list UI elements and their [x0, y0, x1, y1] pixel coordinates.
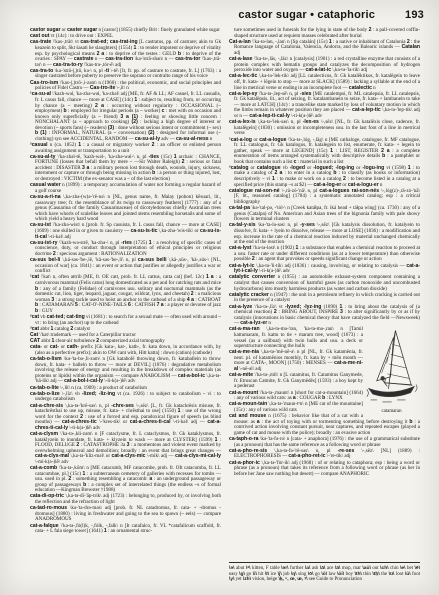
page-number: 193: [405, 9, 424, 21]
headword: ¹cat-a-log: [229, 137, 252, 143]
headword: ²casual: [30, 142, 48, 148]
dictionary-entry: ca-tab-o-lism \kə-'ta-bə-,li-zəm\ n [Gk …: [30, 357, 221, 385]
dictionary-entry: ca-su-ist \'ka-zhə-wist\ n [prob. fr. Sp…: [30, 223, 221, 240]
headword: cat-a-lex-is: [229, 119, 256, 125]
dictionary-entry: ¹cat-a-log or cat-a-logue \'ka-tə-,lȯg, …: [229, 138, 420, 166]
headword: ²catalog: [229, 165, 249, 171]
headword: cat-a-lyze: [229, 304, 252, 310]
guide-words: castor sugar • cataphoric: [238, 9, 375, 21]
running-head: castor sugar • cataphoric 193: [30, 9, 424, 21]
headword: cata-: [30, 344, 42, 350]
headword: cat-a-comb: [30, 465, 57, 471]
dictionary-entry: catalytic converter n (1955) : an automo…: [229, 275, 420, 292]
dictionary-entry: cat-a-lyst \'ka-tə-ləst\ n (1902) 1 : a …: [229, 246, 420, 263]
headword: Cat-a-lan: [229, 39, 251, 45]
headword: ca-tab-o-lize: [30, 391, 60, 397]
headword: ca-sus bel-li: [30, 257, 60, 263]
illustration-caption: catamaran: [363, 409, 420, 414]
headword: cat and mouse: [229, 413, 266, 419]
dictionary-entry: ²cat vb cat-ted; cat-ting vi (1681) : to…: [30, 315, 221, 326]
dictionary-entry: cas-trate \'kas-,trāt\ vt cas-trat-ed; c…: [30, 40, 221, 68]
headword: cata-di-op-tric: [30, 493, 64, 499]
pronunciation-guide: \ə\ abut \ᵊ\ kitten, F table \ər\ furthe…: [229, 562, 420, 583]
catamaran-illustration: catamaran: [363, 327, 420, 414]
headword: Cas-tro-ism: [30, 80, 58, 86]
dictionary-entry: ²casual n (ca. 1852) 1 : a casual or mig…: [30, 143, 221, 154]
headword: cat-a-me-nia: [229, 349, 259, 355]
dictionary-entry: cat-a-comb \'ka-tə-,kōm\ n [ME catacumb,…: [30, 466, 221, 494]
dictionary-entry: cat-a-phor-ic \,ka-tə-'fȯr-ik\ adj (1968…: [229, 461, 420, 478]
headword: cat-a-ma-ran: [229, 326, 260, 332]
dictionary-entry: ca-tad-ro-mous \kə-'ta-drə-məs\ adj [pro…: [30, 506, 221, 523]
dictionary-entry: cat-a-lec-tic \,ka-tə-'lek-tik\ adj [LL …: [229, 74, 420, 91]
catamaran-line-drawing: [363, 327, 420, 409]
left-column: castor sugar or caster sugar n [castor] …: [30, 28, 221, 589]
headword: cas-tra-to: [30, 68, 53, 74]
dictionary-page: castor sugar • cataphoric 193 castor sug…: [0, 0, 439, 595]
dictionary-entry: ca-tal-y-sis \kə-'ta-lə-səs\ n, pl -y-se…: [229, 223, 420, 245]
dictionary-entry: cat-a-falque \'ka-tə-,fȯ(l)k, -,fȯlk, -,…: [30, 524, 221, 535]
headword: ca-su-a-ri-na: [30, 194, 61, 200]
dictionary-entry: cat-a-lex-is \,ka-tə-'lek-səs\ n, pl -le…: [229, 120, 420, 137]
dictionary-entry: casual water n (1899) : a temporary accu…: [30, 183, 221, 194]
dictionary-entry: catalogue rai-son-né \-,rā-zȯ-'nā\ n, pl…: [229, 189, 420, 206]
headword: ¹cat: [30, 274, 39, 280]
headword: ca-tal-y-sis: [229, 222, 256, 228]
headword: ca-taph-o-ra: [229, 436, 258, 442]
headword: cat-a-lep-sy: [229, 91, 257, 97]
dictionary-entry: ca-tal-pa \kə-'tal-pə, -'tȯl-\ n [Creek …: [229, 206, 420, 223]
headword: ca-tad-ro-mous: [30, 505, 67, 511]
dictionary-entry: cat-a-lep-sy \'ka-tə-,lep-sē\ n, pl -sie…: [229, 92, 420, 120]
headword: cat-a-mount: [229, 390, 258, 396]
headword: cat-a-mite: [229, 372, 253, 378]
headword: ca-tab-o-lism: [30, 356, 62, 362]
headword: ca-tab-o-lite: [30, 385, 59, 391]
headword: cas-trate: [30, 39, 51, 45]
dictionary-entry: ¹cat \'kat\ n, often attrib [ME, fr. OE …: [30, 275, 221, 314]
dictionary-entry: cat-a-chre-sis \,ka-tə-'krē-səs\ n, pl -…: [30, 404, 221, 432]
headword: ¹ca-su-al: [30, 91, 51, 97]
dictionary-entry: ²catalog or catalogue vb -loged or -logu…: [229, 166, 420, 188]
dictionary-entry: ca-su-a-ri-na \,ka-zhə-(w)ə-'rē-nə\ n [N…: [30, 195, 221, 223]
dictionary-entry: cata- or cat- or cath- prefix [Gk kata-,…: [30, 345, 221, 356]
dictionary-entry: cat-a-lyze \'ka-tə-,līz\ vt -lyzed; -lyz…: [229, 305, 420, 327]
dictionary-entry: cat-a-pho-re-sis \,ka-tə-fə-'rē-səs\ n, …: [229, 449, 420, 460]
headword: Cat: [30, 332, 38, 338]
headword: cat-a-moun-tain: [229, 401, 267, 407]
headword: ca-su-ist-ry: [30, 240, 57, 246]
headword: cat-a-chre-sis: [30, 403, 63, 409]
headword: ca-tal-pa: [229, 205, 250, 211]
dictionary-entry: ca-su-ist-ry \'kazh-wə-strē, 'ka-zhə-\ n…: [30, 241, 221, 258]
text-columns: castor sugar or caster sugar n [castor] …: [30, 28, 420, 589]
dictionary-entry: cat and mouse n (1675) : behavior like t…: [229, 414, 420, 436]
dictionary-entry: cas-tra-to \ka-'strä-(,)tō, kə-\ n, pl -…: [30, 69, 221, 80]
dictionary-entry: ture sometimes used in funerals for the …: [229, 28, 420, 39]
dictionary-entry: Cat-a-lan \'ka-tə-lən, -,lan\ n [Sp cata…: [229, 40, 420, 57]
headword: cat-a-lase: [229, 56, 253, 62]
dictionary-entry: ca-taph-o-ra \kə-'ta-fə-rə\ n [cata- + a…: [229, 437, 420, 448]
headword: cat-a-pho-re-sis: [229, 448, 267, 454]
headword: catalytic converter: [229, 274, 275, 280]
dictionary-entry: ca-su-al-ty \'ka-zhəl-tē, 'kazh-wəl-, 'k…: [30, 155, 221, 183]
right-column: ture sometimes used in funerals for the …: [229, 28, 420, 589]
dictionary-entry: ¹ca-su-al \'kazh-wəl, 'ka-zhə-wəl, 'ka-z…: [30, 92, 221, 142]
headword: catalogue rai-son-né: [229, 188, 280, 194]
headword: ca-su-al-ty: [30, 154, 55, 160]
dictionary-entry: cat-a-lase \'ka-tə-,lās, -,lāz\ n [catal…: [229, 57, 420, 74]
headword: ³cat: [30, 326, 39, 332]
headword: cat-a-lec-tic: [229, 73, 257, 79]
dictionary-entry: ca-sus bel-li \,kä-səs-'be-,lē, 'kā-səs-…: [30, 258, 221, 275]
dictionary-entry: cata-di-op-tric \,ka-tə-dī-'äp-trik\ adj…: [30, 494, 221, 505]
dictionary-entry: ca-tab-o-lize \-,līz\ vb -lized; -liz-in…: [30, 392, 221, 403]
headword: cat-a-falque: [30, 523, 59, 529]
dictionary-entry: catalytic cracker n (1947) : the unit in…: [229, 293, 420, 304]
headword: ²cat: [30, 314, 39, 320]
headword: cat-a-phor-ic: [229, 460, 260, 466]
headword: cat-a-clysm: [30, 431, 58, 437]
headword: ca-su-ist: [30, 222, 51, 228]
headword: casual water: [30, 182, 61, 188]
headword: catalytic cracker: [229, 292, 269, 298]
headword: cat-a-lyst: [229, 245, 251, 251]
dictionary-entry: cat-a-clysm \'ka-tə-,kli-zəm\ n [F catac…: [30, 432, 221, 465]
